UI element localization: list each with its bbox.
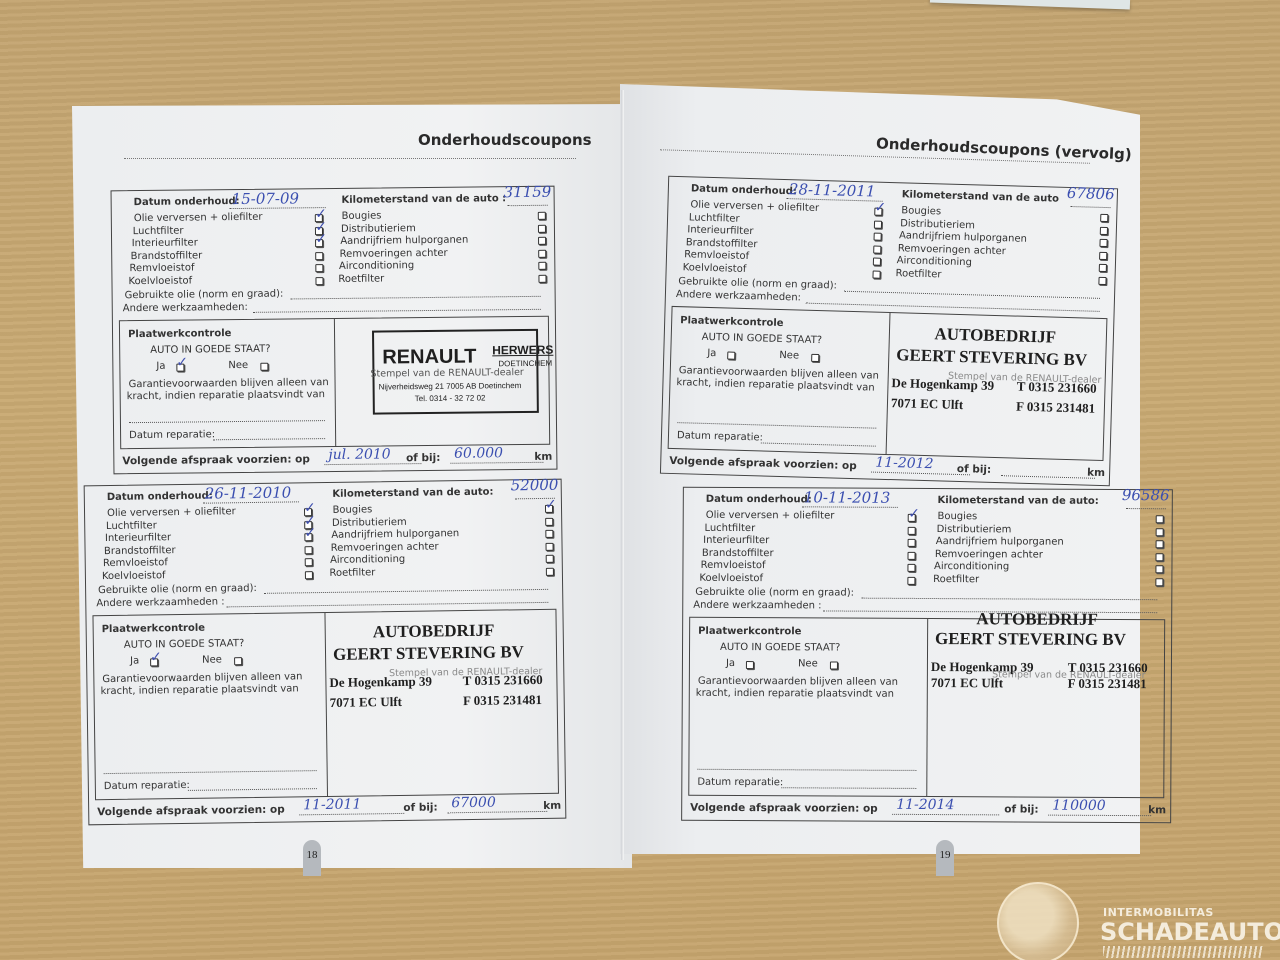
- section-divider: [886, 313, 891, 454]
- next-date-field: [299, 813, 404, 815]
- section-divider: [334, 319, 336, 446]
- next-km-field: [1001, 475, 1095, 479]
- bodywork-title: Plaatwerkcontrole: [698, 626, 801, 638]
- service-item-checkbox[interactable]: [1100, 214, 1108, 222]
- km-value[interactable]: 52000: [511, 476, 559, 495]
- service-item-label: Luchtfilter: [704, 522, 755, 533]
- service-item-checkbox[interactable]: [874, 220, 882, 228]
- service-item-label: Olie verversen + oliefilter: [134, 212, 263, 224]
- stamp-line1: AUTOBEDRIJF: [373, 621, 495, 643]
- service-item-label: Brandstoffilter: [702, 547, 774, 558]
- service-item-label: Remvoeringen achter: [898, 243, 1006, 257]
- stamp-phone: T 0315 231660: [1016, 379, 1096, 397]
- service-item-label: Brandstoffilter: [131, 250, 203, 262]
- service-item-label: Remvoeringen achter: [331, 541, 439, 554]
- stamp-line2: GEERT STEVERING BV: [935, 629, 1126, 650]
- date-value[interactable]: 10-11-2013: [804, 488, 891, 506]
- service-item-label: Remvloeistof: [684, 249, 749, 262]
- no-label: Nee: [202, 654, 222, 665]
- service-item-label: Remvoeringen achter: [935, 549, 1043, 561]
- repair-date-field[interactable]: [761, 442, 876, 446]
- other-work-field[interactable]: [226, 602, 548, 607]
- watermark-big-text: SCHADEAUTOS.NL: [1100, 918, 1280, 946]
- stamp-line2: GEERT STEVERING BV: [896, 345, 1087, 370]
- check-mark-icon: ✓: [304, 525, 316, 541]
- service-item-label: Distributieriem: [341, 223, 416, 235]
- service-item-checkbox[interactable]: [873, 270, 881, 278]
- service-item-checkbox[interactable]: [1099, 264, 1107, 272]
- next-appointment-label: Volgende afspraak voorzien: op: [97, 804, 285, 819]
- service-item-checkbox[interactable]: [1155, 553, 1163, 561]
- stamp-phone: T 0315 231660: [1068, 660, 1148, 676]
- condition-question: AUTO IN GOEDE STAAT?: [720, 642, 840, 654]
- km-label: Kilometerstand van de auto:: [332, 487, 493, 500]
- other-work-label: Andere werkzaamheden :: [96, 596, 224, 609]
- service-item-label: Airconditioning: [330, 554, 405, 566]
- service-item-checkbox[interactable]: [908, 526, 916, 534]
- repair-date-label: Datum reparatie:: [677, 430, 763, 443]
- service-coupon: Datum onderhoud:10-11-2013Kilometerstand…: [681, 487, 1173, 824]
- no-checkbox[interactable]: [811, 354, 819, 362]
- next-date-value[interactable]: jul. 2010: [328, 446, 391, 463]
- bodywork-section: PlaatwerkcontroleAUTO IN GOEDE STAAT?Ja✓…: [119, 316, 550, 449]
- service-item-label: Aandrijfriem hulporganen: [340, 235, 468, 247]
- repair-date-label: Datum reparatie:: [129, 429, 215, 441]
- service-item-label: Airconditioning: [934, 561, 1009, 572]
- stamp-line2: GEERT STEVERING BV: [333, 642, 524, 665]
- service-item-label: Roetfilter: [933, 574, 979, 585]
- service-item-checkbox[interactable]: [545, 517, 553, 525]
- stamp-street: De Hogenkamp 39: [329, 674, 432, 691]
- service-item-checkbox[interactable]: [1099, 239, 1107, 247]
- dealer-field[interactable]: [104, 770, 317, 774]
- date-label: Datum onderhoud:: [107, 491, 213, 503]
- other-work-field[interactable]: [253, 309, 541, 313]
- yes-label: Ja: [726, 658, 735, 669]
- service-item-checkbox[interactable]: [874, 233, 882, 241]
- no-checkbox[interactable]: [234, 657, 242, 665]
- service-item-label: Aandrijfriem hulporganen: [936, 536, 1064, 548]
- service-item-label: Brandstoffilter: [686, 237, 758, 250]
- km-value[interactable]: 67806: [1067, 184, 1115, 203]
- service-item-label: Bougies: [342, 210, 382, 221]
- stamp-street: De Hogenkamp 39: [891, 375, 994, 394]
- yes-label: Ja: [156, 361, 165, 372]
- condition-question: AUTO IN GOEDE STAAT?: [702, 332, 823, 346]
- section-divider: [926, 619, 928, 796]
- service-item-checkbox[interactable]: [1100, 226, 1108, 234]
- service-item-label: Remvloeistof: [129, 262, 194, 274]
- service-item-checkbox[interactable]: [538, 237, 546, 245]
- no-checkbox[interactable]: [830, 661, 838, 669]
- next-date-value[interactable]: 11-2011: [303, 797, 361, 814]
- service-item-label: Distributieriem: [900, 218, 975, 231]
- service-item-checkbox[interactable]: [908, 539, 916, 547]
- service-item-label: Luchtfilter: [133, 225, 184, 237]
- service-item-label: Olie verversen + oliefilter: [706, 510, 835, 522]
- warranty-text: Garantievoorwaarden blijven alleen van: [129, 377, 329, 390]
- other-work-label: Andere werkzaamheden:: [123, 302, 248, 314]
- next-appointment-label: Volgende afspraak voorzien: op: [690, 802, 878, 815]
- km-field-line: [1071, 206, 1111, 208]
- service-item-label: Roetfilter: [329, 567, 375, 579]
- bodywork-title: Plaatwerkcontrole: [680, 315, 784, 329]
- stamp-dealer: HERWERS: [492, 343, 553, 358]
- yes-label: Ja: [707, 348, 716, 359]
- or-at-label: of bij:: [1004, 803, 1038, 815]
- stamp-phone: Tel. 0314 - 32 72 02: [415, 393, 486, 403]
- dealer-field[interactable]: [677, 422, 876, 429]
- bodywork-title: Plaatwerkcontrole: [128, 328, 231, 340]
- dealer-field[interactable]: [697, 769, 916, 771]
- stamp-line1: AUTOBEDRIJF: [934, 324, 1056, 347]
- title-rule: [124, 158, 576, 159]
- section-divider: [324, 613, 328, 796]
- or-at-label: of bij:: [403, 801, 438, 813]
- warranty-text: kracht, indien reparatie plaatsvindt van: [127, 389, 325, 402]
- date-value[interactable]: 15-07-09: [232, 189, 300, 208]
- no-label: Nee: [779, 350, 799, 362]
- service-item-label: Luchtfilter: [106, 520, 157, 532]
- page-number-right: 19: [936, 840, 954, 876]
- used-oil-label: Gebruikte olie (norm en graad):: [98, 583, 257, 596]
- service-item-checkbox[interactable]: [315, 252, 323, 260]
- service-item-checkbox[interactable]: [908, 564, 916, 572]
- no-label: Nee: [228, 360, 248, 371]
- yes-label: Ja: [130, 656, 139, 667]
- bodywork-title: Plaatwerkcontrole: [102, 623, 206, 635]
- next-km-value[interactable]: 67000: [451, 795, 496, 812]
- watermark-stripes: [1103, 946, 1263, 958]
- service-item-checkbox[interactable]: [1156, 515, 1164, 523]
- service-item-label: Koelvloeistof: [128, 275, 192, 287]
- next-date-value[interactable]: 11-2012: [875, 455, 934, 473]
- service-item-checkbox[interactable]: [538, 212, 546, 220]
- stamp-postcode: 7071 EC Ulft: [891, 395, 964, 413]
- stamp-brand: RENAULT: [382, 346, 476, 370]
- condition-question: AUTO IN GOEDE STAAT?: [150, 344, 270, 356]
- dealer-field[interactable]: [129, 420, 325, 423]
- next-appointment-label: Volgende afspraak voorzien: op: [122, 453, 310, 467]
- service-item-label: Aandrijfriem hulporganen: [331, 528, 459, 541]
- km-label: Kilometerstand van de auto:: [938, 495, 1099, 507]
- service-item-checkbox[interactable]: [538, 224, 546, 232]
- service-item-checkbox[interactable]: [538, 274, 546, 282]
- service-item-label: Remvoeringen achter: [340, 247, 448, 259]
- service-item-checkbox[interactable]: [316, 277, 324, 285]
- check-mark-icon: ✓: [315, 231, 327, 247]
- booklet-spine: [621, 90, 624, 860]
- next-km-field: [1048, 815, 1150, 817]
- check-mark-icon: ✓: [545, 497, 557, 513]
- service-item-checkbox[interactable]: [1156, 540, 1164, 548]
- service-item-label: Olie verversen + oliefilter: [107, 506, 236, 519]
- stamp-street: De Hogenkamp 39: [931, 659, 1034, 676]
- check-mark-icon: ✓: [176, 355, 188, 371]
- check-mark-icon: ✓: [150, 649, 162, 665]
- service-coupon: Datum onderhoud:15-07-09Kilometerstand v…: [111, 186, 558, 475]
- warranty-text: Garantievoorwaarden blijven alleen van: [698, 676, 898, 688]
- km-value[interactable]: 96586: [1122, 486, 1170, 504]
- warranty-text: kracht, indien reparatie plaatsvindt van: [696, 688, 894, 700]
- stamp-fax: F 0315 231481: [1068, 676, 1147, 692]
- stamp-postcode: 7071 EC Ulft: [931, 675, 1003, 691]
- repair-date-label: Datum reparatie:: [697, 777, 783, 788]
- or-at-label: of bij:: [957, 463, 992, 476]
- service-item-checkbox[interactable]: [546, 567, 554, 575]
- service-item-label: Bougies: [937, 511, 977, 522]
- service-item-checkbox[interactable]: [1099, 251, 1107, 259]
- used-oil-field[interactable]: [291, 296, 541, 300]
- next-date-value[interactable]: 11-2014: [896, 797, 954, 813]
- service-item-checkbox[interactable]: [1155, 565, 1163, 573]
- used-oil-label: Gebruikte olie (norm en graad):: [695, 587, 854, 599]
- paper-scrap: [930, 0, 1130, 9]
- service-item-label: Koelvloeistof: [699, 572, 763, 583]
- service-item-label: Remvloeistof: [103, 557, 168, 569]
- stamp-phone: T 0315 231660: [463, 672, 543, 689]
- stamp-line1: AUTOBEDRIJF: [976, 609, 1098, 630]
- stamp-postcode: 7071 EC Ulft: [330, 694, 402, 711]
- service-item-label: Roetfilter: [895, 268, 941, 280]
- service-item-checkbox[interactable]: [538, 249, 546, 257]
- used-oil-field[interactable]: [844, 291, 1100, 299]
- next-date-field: [871, 472, 970, 476]
- service-item-checkbox[interactable]: [316, 264, 324, 272]
- service-item-label: Remvloeistof: [701, 560, 766, 571]
- bodywork-section: PlaatwerkcontroleAUTO IN GOEDE STAAT?JaN…: [688, 617, 1165, 798]
- stamp-caption: Stempel van de RENAULT-dealer: [370, 367, 523, 380]
- service-item-label: Bougies: [332, 504, 372, 516]
- service-item-checkbox[interactable]: [908, 551, 916, 559]
- service-item-checkbox[interactable]: [545, 530, 553, 538]
- next-date-field: [892, 814, 999, 816]
- service-item-label: Koelvloeistof: [102, 570, 166, 582]
- bodywork-section: PlaatwerkcontroleAUTO IN GOEDE STAAT?JaN…: [668, 306, 1108, 461]
- service-item-checkbox[interactable]: [545, 542, 553, 550]
- service-item-label: Interieurfilter: [703, 535, 769, 546]
- warranty-text: kracht, indien reparatie plaatsvindt van: [100, 683, 298, 697]
- used-oil-field[interactable]: [861, 598, 1157, 601]
- km-unit: km: [1087, 467, 1105, 479]
- next-km-value[interactable]: 110000: [1052, 798, 1106, 814]
- date-label: Datum onderhoud:: [134, 196, 240, 208]
- service-item-checkbox[interactable]: [873, 245, 881, 253]
- service-item-checkbox[interactable]: [908, 576, 916, 584]
- service-item-label: Bougies: [901, 205, 941, 217]
- date-label: Datum onderhoud:: [706, 494, 812, 506]
- repair-date-field[interactable]: [781, 787, 916, 789]
- service-item-label: Airconditioning: [897, 255, 972, 268]
- used-oil-field[interactable]: [264, 589, 548, 594]
- no-label: Nee: [798, 658, 818, 669]
- service-item-label: Distributieriem: [332, 516, 407, 528]
- next-km-field: [447, 811, 547, 813]
- service-item-label: Airconditioning: [339, 260, 414, 272]
- page-title-left: Onderhoudscoupons: [418, 131, 592, 149]
- other-work-label: Andere werkzaamheden :: [693, 600, 821, 612]
- repair-date-field[interactable]: [213, 438, 325, 440]
- service-item-checkbox[interactable]: [305, 558, 313, 566]
- service-item-checkbox[interactable]: [873, 258, 881, 266]
- date-value[interactable]: 28-11-2011: [789, 180, 876, 200]
- date-value[interactable]: 26-11-2010: [205, 483, 292, 502]
- other-work-label: Andere werkzaamheden:: [676, 289, 801, 303]
- km-unit: km: [1148, 804, 1166, 816]
- repair-date-field[interactable]: [188, 788, 317, 791]
- globe-icon: [997, 882, 1079, 960]
- service-item-label: Luchtfilter: [689, 212, 740, 224]
- yes-checkbox[interactable]: [727, 351, 735, 359]
- service-item-label: Interieurfilter: [105, 532, 171, 544]
- km-unit: km: [543, 800, 561, 812]
- service-coupon: Datum onderhoud:28-11-2011Kilometerstand…: [660, 176, 1118, 486]
- bodywork-section: PlaatwerkcontroleAUTO IN GOEDE STAAT?Ja✓…: [92, 609, 559, 800]
- km-field-line: [508, 205, 548, 206]
- next-appointment-label: Volgende afspraak voorzien: op: [669, 455, 857, 472]
- service-item-checkbox[interactable]: [538, 262, 546, 270]
- service-item-checkbox[interactable]: [1156, 528, 1164, 536]
- service-item-label: Brandstoffilter: [104, 545, 176, 557]
- stamp-fax: F 0315 231481: [463, 692, 542, 709]
- service-item-label: Interieurfilter: [132, 237, 198, 249]
- service-item-checkbox[interactable]: [1155, 578, 1163, 586]
- watermark-logo: INTERMOBILITAS SCHADEAUTOS.NL: [995, 872, 1280, 960]
- check-mark-icon: ✓: [908, 506, 920, 522]
- service-item-label: Interieurfilter: [687, 224, 753, 237]
- stamp-fax: F 0315 231481: [1016, 399, 1095, 417]
- condition-question: AUTO IN GOEDE STAAT?: [124, 638, 244, 651]
- no-checkbox[interactable]: [260, 363, 268, 371]
- or-at-label: of bij:: [406, 452, 440, 464]
- next-km-field: [450, 462, 543, 464]
- km-unit: km: [534, 451, 552, 463]
- service-item-checkbox[interactable]: [304, 546, 312, 554]
- service-item-label: Distributieriem: [937, 524, 1012, 535]
- check-mark-icon: ✓: [874, 200, 886, 216]
- page-number-left: 18: [303, 840, 321, 876]
- km-label: Kilometerstand van de auto: [902, 189, 1059, 204]
- dealer-stamp: RENAULTHERWERSDOETINCHEMStempel van de R…: [372, 329, 539, 415]
- service-item-checkbox[interactable]: [1098, 276, 1106, 284]
- yes-checkbox[interactable]: [746, 661, 754, 669]
- km-value[interactable]: 31159: [503, 183, 551, 201]
- service-item-checkbox[interactable]: [546, 555, 554, 563]
- date-label: Datum onderhoud:: [691, 183, 797, 197]
- stamp-address: Nijverheidsweg 21 7005 AB Doetinchem: [379, 381, 522, 391]
- service-coupon: Datum onderhoud:26-11-2010Kilometerstand…: [84, 479, 567, 826]
- km-label: Kilometerstand van de auto :: [341, 193, 506, 206]
- km-field-line: [1126, 508, 1166, 509]
- service-item-label: Roetfilter: [338, 273, 384, 284]
- service-item-checkbox[interactable]: [305, 571, 313, 579]
- next-km-value[interactable]: 60.000: [454, 445, 503, 462]
- repair-date-label: Datum reparatie:: [104, 780, 190, 792]
- service-item-label: Koelvloeistof: [683, 262, 747, 275]
- used-oil-label: Gebruikte olie (norm en graad):: [125, 289, 284, 302]
